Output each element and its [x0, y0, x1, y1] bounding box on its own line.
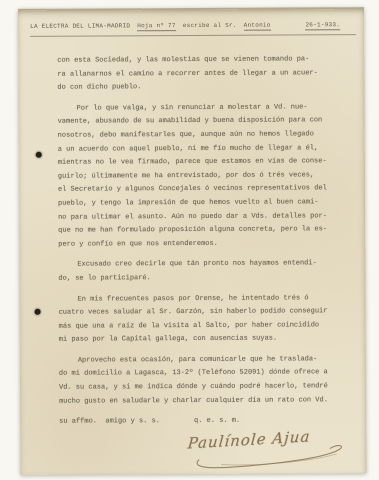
letter-line: mi paso por la Capital gallega, con ause… [59, 333, 331, 348]
header-company: LA ELECTRA DEL LIMA-MADRID [30, 22, 130, 30]
header-rule [30, 34, 356, 37]
letter-line: Excusado creo decirle que tán pronto nos… [58, 258, 330, 273]
letter-line: mientras no le vea firmado, parece que e… [58, 155, 330, 170]
valediction: q. e. s. m. [194, 415, 240, 429]
letter-line: Por lo que valga, y sin renunciar a mole… [57, 101, 329, 116]
closing-row: su affmo. amigo y s. s.q. e. s. m. [59, 415, 331, 430]
punch-hole-bottom [35, 309, 41, 315]
letter-paragraph: con esta Sociedad, y las molestias que s… [57, 53, 329, 95]
letter-line: do mi domicilio a Lagasca, 13-2º (Teléfo… [59, 367, 331, 382]
letter-line: pueblo, y tengo la impresión de que hemo… [58, 196, 330, 211]
letter-paper: LA ELECTRA DEL LIMA-MADRID Hoja nº 77 es… [18, 7, 366, 475]
letter-line: el Secretario y algunos Concejales ó vec… [58, 183, 330, 198]
closing-line: su affmo. amigo y s. s. [59, 415, 160, 429]
letter-line: En mis frecuentes pasos por Orense, he i… [58, 292, 330, 307]
letter-line: más que una a raíz de la visita al Salto… [59, 319, 331, 334]
letter-line: que no me han formulado proposición algu… [58, 223, 330, 238]
letter-line: Aprovecho esta ocasión, para comunicarle… [59, 353, 331, 368]
letter-line: pero y confío en que nos entenderemos. [58, 237, 330, 252]
letter-line: do, se lo participaré. [58, 271, 330, 286]
letter-paragraph: Aprovecho esta ocasión, para comunicarle… [59, 353, 331, 409]
letter-line: con esta Sociedad, y las molestias que s… [57, 53, 329, 68]
letter-line: no para ultimar el asunto. Aún no puedo … [58, 210, 330, 225]
letter-line: a un acuerdo con aquel pueblo, ni me fío… [58, 142, 330, 157]
letter-line: nosotros, debo manifestarles que, aunque… [58, 128, 330, 143]
letter-line: Vd. su casa, y si me indica dónde y cuán… [59, 380, 331, 395]
letter-header: LA ELECTRA DEL LIMA-MADRID Hoja nº 77 es… [30, 21, 354, 32]
letter-line: ra allanarnos el camino a recorrer antes… [57, 67, 329, 82]
letter-line: vamente, abusando de su amabilidad y bue… [58, 115, 330, 130]
punch-hole-top [36, 152, 42, 158]
header-addressee-label: escribe al Sr. [183, 22, 237, 29]
letter-body: con esta Sociedad, y las molestias que s… [57, 53, 331, 429]
letter-line: mucho gusto en saludarle y charlar cualq… [59, 394, 331, 409]
letter-line: guirlo; últimamente me ha entrevistado, … [58, 169, 330, 184]
letter-paragraph: En mis frecuentes pasos por Orense, he i… [58, 292, 330, 348]
header-date: 26-1-933. [305, 21, 340, 30]
letter-paragraph: Excusado creo decirle que tán pronto nos… [58, 258, 330, 287]
scanned-letter: LA ELECTRA DEL LIMA-MADRID Hoja nº 77 es… [0, 0, 379, 480]
letter-line: do con dicho pueblo. [57, 80, 329, 95]
letter-paragraph: Por lo que valga, y sin renunciar a mole… [57, 101, 330, 252]
signature-block: Paulínole Ajua [187, 425, 359, 477]
header-sheet-number: Hoja nº 77 [137, 22, 176, 31]
letter-line: cuatro veces saludar al Sr. Garzón, sin … [59, 305, 331, 320]
header-addressee: Antonio [244, 22, 271, 31]
